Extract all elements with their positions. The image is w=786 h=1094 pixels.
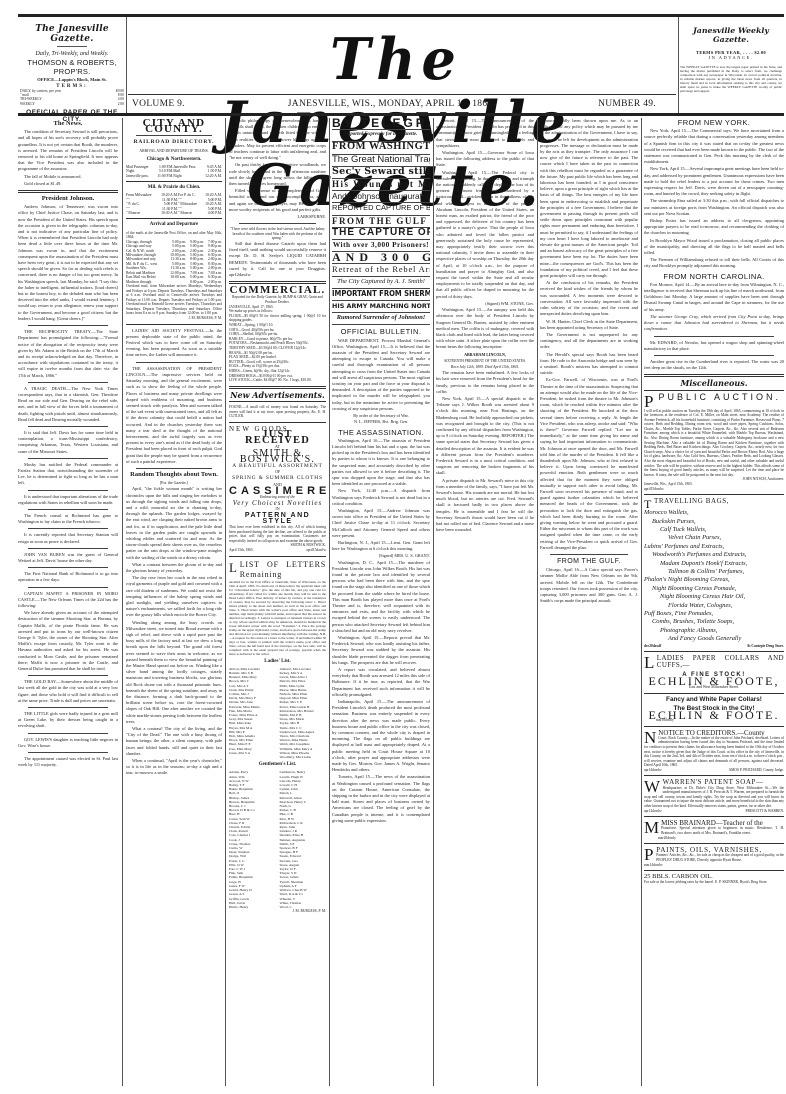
letters-intro: uncalled for in the Post Office at Janes… bbox=[229, 580, 326, 656]
ny-dispatch: New York, April 15.—Several impromptu gr… bbox=[644, 166, 784, 197]
coffin-inscription: SIXTEENTH PRESIDENT OF THE UNITED STATES… bbox=[436, 358, 534, 364]
auction-text: I will sell at public auction on Tuesday… bbox=[644, 409, 784, 478]
thoughts-continued: Filled with a sense of the completeness … bbox=[229, 188, 326, 213]
divider bbox=[644, 390, 784, 391]
dispatch: Washington, April 15.—Andrew Johnson was… bbox=[332, 508, 430, 539]
column-divider bbox=[537, 118, 538, 1086]
divider bbox=[136, 135, 212, 136]
right-ear: Janesville Weekly Gazette. TERMS PER YEA… bbox=[680, 26, 782, 93]
column-divider bbox=[225, 118, 226, 1086]
commercial-row: FLOUR—$5 00@5 50 for choice milling spri… bbox=[229, 314, 326, 323]
headline: THE CAPTURE OF MOBILE! bbox=[332, 228, 430, 240]
city-county-heading: CITY AND COUNTY. bbox=[126, 120, 222, 132]
cnw-heading: Chicago & Northwestern. bbox=[126, 157, 222, 163]
bags-item: And Fancy Goods Generally bbox=[644, 635, 784, 643]
divider bbox=[644, 494, 784, 495]
dispatch: A report was circulated, and believed al… bbox=[332, 667, 430, 698]
bags-item: Combs, Brushes, Toilette Soaps, bbox=[644, 618, 784, 626]
news-item: JOHN VAN BUREN was the guest of General … bbox=[18, 552, 118, 564]
divider bbox=[644, 693, 784, 694]
issue-number: NUMBER 49. bbox=[598, 99, 656, 109]
dispatch: Washington, April 15.—Reports prevail th… bbox=[332, 635, 430, 666]
news-item: CAPTAIN MAFFIT A PRISONER IN MORO CASTLE… bbox=[18, 591, 118, 610]
brainard-code: mar20dawly bbox=[644, 836, 784, 841]
column-4: BY TELEGRAPH. Reported Expressly for the… bbox=[332, 118, 430, 1086]
divider bbox=[229, 556, 326, 557]
divider bbox=[136, 362, 212, 363]
brainard-text: Pianoforte. Special attention given to b… bbox=[644, 826, 784, 835]
newspaper-page: The Janesville Gazette. Daily, Tri-Weekl… bbox=[18, 14, 784, 1088]
mails-heading: Arrival and Departure bbox=[126, 222, 222, 228]
timetable-row: East Mail via Beloit10:00 a.m.5:00 p.m.6… bbox=[126, 275, 222, 279]
divider bbox=[126, 324, 222, 325]
auction-code: april15dawlw bbox=[644, 487, 784, 492]
nc-heading: FROM NORTH CAROLINA. bbox=[644, 274, 784, 280]
ear-editions: Daily, Tri-Weekly, and Weekly. bbox=[20, 51, 124, 57]
divider bbox=[28, 752, 108, 753]
terms-row: WEEKLY2 00 bbox=[20, 102, 124, 106]
letter-name: Jones, Mrs S A bbox=[229, 751, 276, 755]
telegraph-heading: BY TELEGRAPH. bbox=[332, 118, 430, 130]
divider bbox=[28, 675, 108, 676]
divider bbox=[644, 843, 784, 844]
news-item: Mosby has notified the Federal commander… bbox=[18, 462, 118, 487]
smith-bostwick-ad: NEW GOODS JUST RECEIVED AT SMITH & BOSTW… bbox=[229, 426, 326, 553]
bags-item: Puff Boxes, Fine Pomades, bbox=[644, 610, 784, 618]
ladies-list: Abbott, Miss LucindaBartlett, Mrs S BBen… bbox=[229, 667, 326, 759]
divider bbox=[18, 190, 118, 193]
news-item: The appointment caused was elected in St… bbox=[18, 756, 118, 768]
letter-name: Harris, Henry bbox=[229, 905, 276, 909]
volume-line: VOLUME 9. JANESVILLE, WIS., MONDAY, APRI… bbox=[132, 96, 656, 112]
dispatch: Indianapolis, April 15.—The announcement… bbox=[332, 699, 430, 773]
echlin-foote-2: ECHLIN & FOOTE. bbox=[644, 712, 784, 718]
bags-item: Tallmon & Collins' Perfumes, bbox=[644, 568, 784, 576]
thoughts-paragraph: Winding along among the busy crowds on M… bbox=[126, 620, 222, 725]
divider bbox=[229, 422, 326, 423]
news-item: We have already given an account of the … bbox=[18, 610, 118, 672]
ladies-list-col: Abbott, Miss LucindaBartlett, Mrs S BBen… bbox=[229, 667, 276, 759]
thoughts-continued: public philanthropy and benevolence! As … bbox=[229, 118, 326, 161]
weekly-title: Janesville Weekly Gazette. bbox=[680, 26, 782, 44]
dispatch: W. H. Hunter, Chief Clerk in the State D… bbox=[540, 319, 638, 331]
letters-heading: LLIST OF LETTERS Remaining bbox=[229, 560, 326, 580]
weekly-advance: IN ADVANCE. bbox=[680, 55, 782, 60]
arrival-sub: ARRIVAL AND DEPARTURE OF TRAINS. bbox=[126, 148, 222, 154]
collars-heading: LLADIES PAPER COLLARS AND CUFFS,— bbox=[644, 655, 784, 667]
ladies-list-heading: Ladies' List. bbox=[229, 659, 326, 665]
catarrh-ad: Still that dread disease Catarrh upon th… bbox=[229, 241, 326, 278]
news-item: The French consul at Richmond has gone t… bbox=[18, 513, 118, 525]
warren-text: Headquarters at Dr. Ebbe's City Drug Sto… bbox=[644, 786, 784, 809]
dispatch: Washington, April 15.—Governor Stone of … bbox=[436, 150, 534, 169]
creditors-text: Court, Rock County.—In the matter of the… bbox=[644, 736, 784, 768]
column-1: The News. The condition of Secretary Sew… bbox=[18, 118, 118, 1086]
column-7: FROM NEW YORK. New York, April 15.—The C… bbox=[644, 118, 784, 1086]
bags-item: Morocco Wallets, bbox=[644, 509, 784, 517]
left-ear: The Janesville Gazette. Daily, Tri-Weekl… bbox=[20, 24, 124, 123]
news-item: THE RECIPROCITY TREATY.—The State Depart… bbox=[18, 329, 118, 379]
local-item: Mr. EDWARD, of Neosho, has opened a wago… bbox=[644, 340, 784, 352]
mil-timetable: From Milwaukee10:20 A.M.For P. du C.10:2… bbox=[126, 193, 222, 215]
divider bbox=[28, 382, 108, 383]
bags-item: Calf Tuck Wallets, bbox=[644, 526, 784, 534]
ny-dispatch: New York, April 15.—The Commercial says:… bbox=[644, 128, 784, 165]
gents-list-heading: Gentlemen's List. bbox=[229, 762, 326, 768]
bags-item: Florida Water, Colognes, bbox=[644, 602, 784, 610]
headline: The Great National Tragedy bbox=[332, 155, 430, 167]
commercial-sub: Reported for the Daily Gazette, by BUMP … bbox=[229, 295, 326, 304]
bags-item: Night Blooming Cereus Pomade, bbox=[644, 585, 784, 593]
ladies-list-col: Johnson, Mrs LucretiaKelsey, Mrs S ALewi… bbox=[280, 667, 327, 759]
thoughts-paragraph: The day rose from her couch in the east … bbox=[126, 575, 222, 618]
divider bbox=[654, 355, 774, 356]
terms-list: DAILY, by carriers, per year$9 00 " mail… bbox=[20, 89, 124, 106]
headline: Sec'y Seward still Alive bbox=[332, 167, 430, 179]
divider bbox=[28, 325, 108, 326]
headline: Andy Johnson Inaugurated! bbox=[332, 191, 430, 203]
divider bbox=[28, 528, 108, 529]
timetable-row: Janesville pass.11:00 P.M.Night12:20 A.M… bbox=[126, 174, 222, 178]
dispatch: The remains have been embalmed. A few lo… bbox=[436, 370, 534, 395]
divider bbox=[28, 548, 108, 549]
thoughts-paragraph: April, "the fickle woman month" is writi… bbox=[126, 486, 222, 560]
headline: HIS ARMY MARCHING NORTHW'D. bbox=[332, 301, 430, 313]
news-item: The First National Bank of Richmond is t… bbox=[18, 571, 118, 583]
railroad-heading: RAILROAD DIRECTORY. bbox=[126, 139, 222, 145]
news-item: THE GOLD BAY.—Somewhere about the middle… bbox=[18, 679, 118, 704]
news-paragraph: The condition of Secretary Seward is sti… bbox=[18, 129, 118, 172]
headline: Rumored Surrender of Johnston! bbox=[332, 313, 430, 325]
cnw-timetable: Mail Passenger1:00 P.M.Janesville Pass.9… bbox=[126, 165, 222, 178]
postmaster-sign: J. M. BURGESS, P. M. bbox=[126, 316, 222, 321]
ny-dispatch: The Firemen of Williamsburg refused to t… bbox=[644, 257, 784, 269]
farwell-dispatch: Ex-Gov. Farwell, of Wisconsin, was at Fo… bbox=[540, 377, 638, 551]
column-divider bbox=[641, 118, 642, 1086]
masthead-bottom-rule bbox=[18, 113, 784, 116]
ny-dispatch: Bishop Potter has issued an address to a… bbox=[644, 218, 784, 237]
found-ad: FOUND.—A small roll of money was found o… bbox=[229, 405, 326, 419]
johnson-heading: President Johnson. bbox=[18, 196, 118, 202]
bags-item: Night Blooming Cereus Hair Oil, bbox=[644, 593, 784, 601]
news-paragraph: Gold closed at $1.49. bbox=[18, 181, 118, 187]
bags-item: Velvet Chain Purses, bbox=[644, 534, 784, 542]
paints-text: Painters' Articles, &c., &c., for sale a… bbox=[644, 853, 784, 862]
new-advertisements-heading: New Advertisements. bbox=[229, 392, 326, 398]
dispatch: Toronto, April 15.—The news of the assas… bbox=[332, 774, 430, 824]
divider bbox=[229, 386, 326, 389]
dispatch: The Government is not unprepared for any… bbox=[540, 332, 638, 351]
divider bbox=[550, 554, 628, 555]
column-5: Detroit, April 15.—The announcement of t… bbox=[436, 118, 534, 1086]
letters-sign: J. M. BURGESS, P. M. bbox=[229, 909, 326, 914]
dispatch: A private dispatch to Mr. Seward's niece… bbox=[436, 478, 534, 534]
assassination-local: THE ASSASSINATION OF PRESIDENT LINCOLN.—… bbox=[126, 366, 222, 465]
festival-item: LADIES' AID SOCIETY FESTIVAL.—In the pre… bbox=[126, 328, 222, 359]
divider bbox=[644, 870, 784, 871]
gulf-dispatch: Chicago, April 16.—A Cairo special says … bbox=[540, 567, 638, 604]
bulletin-heading: OFFICIAL BULLETIN. bbox=[332, 329, 430, 335]
news-item: It is currently reported that Secretary … bbox=[18, 532, 118, 544]
top-rule bbox=[18, 14, 784, 17]
headline: FROM THE GULF DEPT! bbox=[332, 216, 430, 228]
bulletin-sign: N. L. JEFFERS, Bvt. Brig. Gen. bbox=[332, 419, 430, 425]
auction-heading: PPUBLIC AUCTION. bbox=[644, 394, 784, 400]
divider bbox=[126, 218, 222, 219]
paints-code: mar14dawlw bbox=[644, 863, 784, 868]
divider bbox=[239, 223, 316, 224]
divider bbox=[28, 509, 108, 510]
divider bbox=[28, 458, 108, 459]
dispatch: At the conclusion of his remarks, the Pr… bbox=[540, 280, 638, 317]
dispatch: Washington, April 15.—The Federal city i… bbox=[436, 170, 534, 300]
divider bbox=[28, 426, 108, 427]
volume-number: VOLUME 9. bbox=[132, 99, 185, 109]
bags-footer: dec20dawlfAt Cantepie Drug Store. bbox=[644, 644, 784, 649]
divider bbox=[28, 567, 108, 568]
headline: AND 300 GUNS! bbox=[332, 252, 430, 264]
bags-item: Buckskin Purses, bbox=[644, 518, 784, 526]
mails-sub: of the mails at the Janesville Post Offi… bbox=[126, 231, 222, 240]
dispatch: Detroit, April 15.—The announcement of t… bbox=[436, 118, 534, 149]
divider bbox=[644, 726, 784, 727]
headline: REPORTED CAPTURE OF BOOTH! bbox=[332, 203, 430, 215]
johnson-speech: unexpectedly been thrown upon me. As to … bbox=[540, 118, 638, 279]
column-divider bbox=[329, 118, 330, 1086]
thoughts-paragraph: When a continual, "April is the year's c… bbox=[126, 758, 222, 777]
thoughts-continued: On past thrifty farms and primitive wood… bbox=[229, 162, 326, 187]
news-item: It is understood that important alterati… bbox=[18, 494, 118, 506]
dispatch: Washington, D. C., April 15.—The murdere… bbox=[332, 560, 430, 634]
dispatch: New York, 12:40 p.m.—A dispatch from Was… bbox=[332, 488, 430, 507]
commercial-row: LIVE STOCK—Cattle, $4 00@7 00. No. 1 hog… bbox=[229, 378, 326, 383]
bags-item: Madam Dupont's Honk'f Extracts, bbox=[644, 560, 784, 568]
divider bbox=[28, 587, 108, 588]
thoughts-paragraph: What a contrast between the gloom of to-… bbox=[126, 562, 222, 574]
nc-dispatch: The steamer George Cray, which arrived f… bbox=[644, 314, 784, 333]
miscellaneous-heading: Miscellaneous. bbox=[644, 380, 784, 386]
column-3: public philanthropy and benevolence! As … bbox=[229, 118, 326, 1086]
bags-list: Morocco Wallets,Buckskin Purses,Calf Tuc… bbox=[644, 509, 784, 644]
headline: His Wounds not Mortal! bbox=[332, 179, 430, 191]
dispatch: Washington, April 16.—The assassin of Pr… bbox=[332, 438, 430, 488]
weekly-description: The WEEKLY GAZETTE is now the largest pa… bbox=[680, 65, 782, 93]
news-item: It is said that Jeff. Davis has for some… bbox=[18, 430, 118, 455]
bags-item: Woodworth's Perfumes and Extracts, bbox=[644, 551, 784, 559]
creditors-heading: NNOTICE TO CREDITORS.—County bbox=[644, 730, 784, 736]
headline: FROM WASHINGTON! bbox=[332, 142, 430, 154]
news-item: THE LITTLE girls were badly injured in a… bbox=[18, 711, 118, 730]
thoughts-paragraph: What a contrast! The city of the living,… bbox=[126, 726, 222, 757]
divider bbox=[28, 707, 108, 708]
gents-list-col: Adams, PerryAllen, WmAtwood, N WBailey, … bbox=[229, 770, 276, 909]
gulf-heading: FROM THE GULF. bbox=[540, 559, 638, 565]
nc-dispatch: Fort Monroe, April 14.—By an arrival her… bbox=[644, 282, 784, 313]
mails-notes: Overland mail, from Milwaukee arrives Mo… bbox=[126, 284, 222, 316]
headline: IMPORTANT FROM SHERMAN! bbox=[332, 289, 430, 301]
column-divider bbox=[122, 118, 123, 1086]
divider bbox=[229, 401, 326, 402]
thoughts-signature: LARKSPURNE. bbox=[229, 214, 326, 220]
bags-heading: TTRAVELLING BAGS, bbox=[644, 498, 784, 504]
dateline: JANESVILLE, WIS., MONDAY, APRIL 17, 1865… bbox=[288, 99, 495, 109]
bags-item: Photographic Albums, bbox=[644, 627, 784, 635]
dispatch: The Herald's special says Booth has been… bbox=[540, 352, 638, 377]
dispatch: Washington, April 15.—An autopsy was hel… bbox=[436, 307, 534, 350]
bulletin-text: WAR DEPARTMENT, Provost Marshal General'… bbox=[332, 338, 430, 412]
divider bbox=[644, 775, 784, 776]
bags-item: Phalon's Night Blooming Cereus, bbox=[644, 576, 784, 584]
divider bbox=[654, 336, 774, 337]
assassination-heading: THE ASSASSINATION. bbox=[332, 430, 430, 436]
local-item: Another great rise in the Cumberland riv… bbox=[644, 359, 784, 371]
letter-name: Woodbury, Mrs Lizzie bbox=[280, 755, 327, 759]
commercial-heading: COMMERCIAL. bbox=[229, 287, 326, 293]
column-6: unexpectedly been thrown upon me. As to … bbox=[540, 118, 638, 1086]
ear-divider bbox=[57, 46, 87, 47]
divider bbox=[28, 490, 108, 491]
masthead-divider-right bbox=[678, 17, 679, 113]
divider bbox=[644, 816, 784, 817]
mails-timetable: Chicago, through5:00 p.m.9:00 p.m.7:00 p… bbox=[126, 240, 222, 284]
news-heading: The News. bbox=[18, 121, 118, 127]
title-underline bbox=[128, 94, 676, 95]
news-item: GOV. LEWIS'S daughter is teaching little… bbox=[18, 737, 118, 749]
divider bbox=[644, 651, 784, 652]
ear-proprietors: THOMSON & ROBERTS, PROP'RS. bbox=[20, 58, 124, 76]
carbon-text: For sale at the lowest jobbing rates by … bbox=[644, 880, 784, 885]
headline: The City Captured by A. J. Smith! bbox=[332, 277, 430, 289]
news-item: A TRAGIC DEATH.—The New York Times corre… bbox=[18, 386, 118, 423]
thoughts-heading: Random Thoughts about Town. bbox=[126, 472, 222, 478]
divider bbox=[644, 374, 784, 377]
dispatch: Burlington, N. J., April 15.—Lieut. Gen.… bbox=[332, 540, 430, 552]
ear-office: OFFICE—Lappin's Block, Main St. bbox=[20, 77, 124, 82]
ny-heading: FROM NEW YORK. bbox=[644, 120, 784, 126]
johnson-paragraph: Andrew Johnson, of Tennessee, was sworn … bbox=[18, 204, 118, 322]
timetable-row: " Monroe10:30 A.M." Monroe4:00 P.M. bbox=[126, 211, 222, 215]
poem: "There were wild flowers in the leaf-str… bbox=[229, 227, 326, 241]
dispatch: New York, April 15.—A special dispatch t… bbox=[436, 396, 534, 477]
warren-heading: WWARREN'S PATENT SOAP— bbox=[644, 779, 784, 785]
column-2: CITY AND COUNTY. RAILROAD DIRECTORY. ARR… bbox=[126, 118, 222, 1086]
mil-heading: Mil. & Prairie du Chien. bbox=[126, 185, 222, 191]
divider bbox=[136, 468, 212, 469]
ny-dispatch: In Brooklyn Mayor Wood issued a proclama… bbox=[644, 238, 784, 257]
bags-item: Lubins' Perfumes and Extracts, bbox=[644, 543, 784, 551]
ny-dispatch: The steamship Etna sailed at 3:30 this p… bbox=[644, 198, 784, 217]
masthead-divider-left bbox=[126, 17, 127, 113]
divider bbox=[28, 733, 108, 734]
gents-list-col: Lamberton, HenryLeavitt, Hugh WLincoln, … bbox=[280, 770, 327, 909]
headline: Retreat of the Rebel Army! bbox=[332, 264, 430, 276]
ear-title: The Janesville Gazette. bbox=[20, 24, 124, 44]
news-paragraph: The fall of Mobile is announced. bbox=[18, 174, 118, 180]
gents-list: Adams, PerryAllen, WmAtwood, N WBailey, … bbox=[229, 770, 326, 909]
fancy-collars: Fancy and White Paper Collars! bbox=[644, 697, 784, 703]
column-divider bbox=[433, 118, 434, 1086]
divider bbox=[126, 181, 222, 182]
